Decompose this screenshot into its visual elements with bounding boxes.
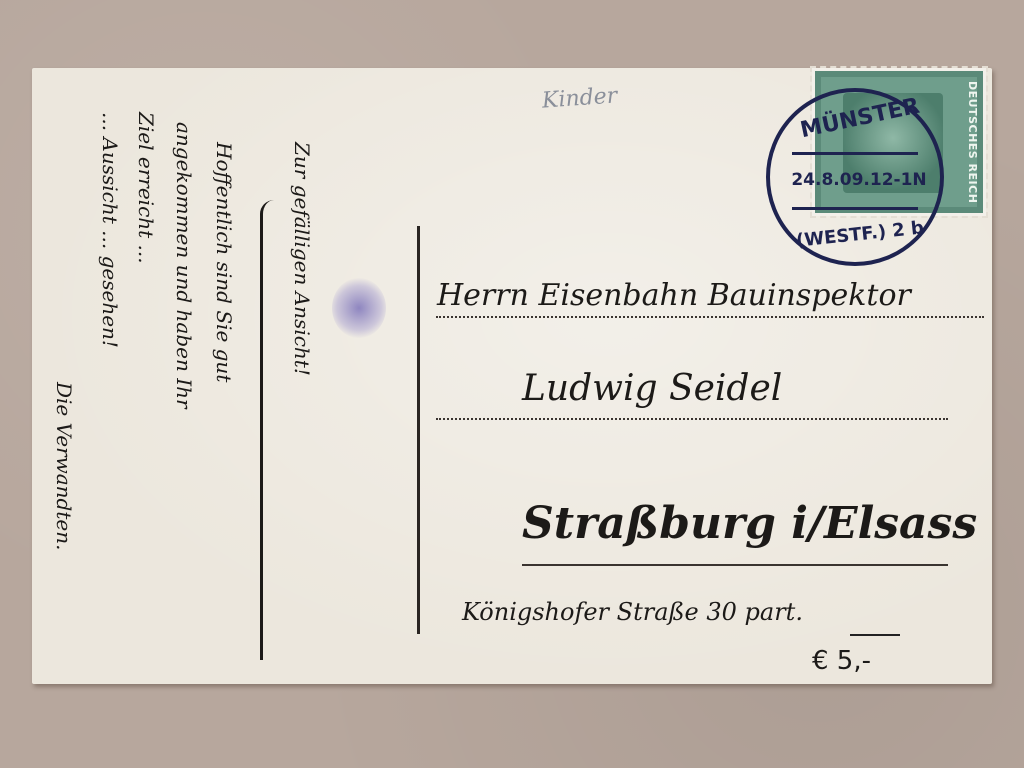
message-line: Hoffentlich sind Sie gut bbox=[212, 142, 236, 382]
message-signature: Die Verwandten. bbox=[52, 382, 76, 550]
center-divider bbox=[417, 226, 420, 634]
message-area: Zur gefälligen Ansicht! Hoffentlich sind… bbox=[42, 82, 402, 672]
postmark: MÜNSTER 24.8.09.12-1N (WESTF.) 2 b bbox=[766, 88, 944, 266]
message-line: ... Aussicht ... gesehen! bbox=[98, 112, 122, 348]
price-note: € 5,- bbox=[812, 646, 871, 676]
postmark-region: (WESTF.) 2 b bbox=[789, 217, 930, 253]
postcard: Zur gefälligen Ansicht! Hoffentlich sind… bbox=[32, 68, 992, 684]
message-line: Zur gefälligen Ansicht! bbox=[290, 142, 314, 376]
pencil-note: Kinder bbox=[541, 83, 618, 113]
address-street: Königshofer Straße 30 part. bbox=[462, 598, 803, 626]
address-rule bbox=[522, 564, 948, 566]
stamp-label: DEUTSCHES REICH bbox=[966, 81, 979, 203]
ink-blot bbox=[332, 278, 386, 338]
message-line: angekommen und haben Ihr bbox=[172, 122, 196, 409]
house-number-underline bbox=[850, 634, 900, 636]
postmark-city: MÜNSTER bbox=[789, 92, 931, 146]
address-recipient-name: Ludwig Seidel bbox=[522, 368, 782, 409]
address-recipient-title: Herrn Eisenbahn Bauinspektor bbox=[437, 278, 911, 313]
address-rule bbox=[436, 418, 948, 420]
address-rule bbox=[436, 316, 984, 318]
postmark-date: 24.8.09.12-1N bbox=[784, 170, 934, 190]
flourish-line bbox=[260, 200, 279, 660]
message-line: Ziel erreicht ... bbox=[134, 112, 158, 264]
address-city: Straßburg i/Elsass bbox=[522, 498, 977, 549]
